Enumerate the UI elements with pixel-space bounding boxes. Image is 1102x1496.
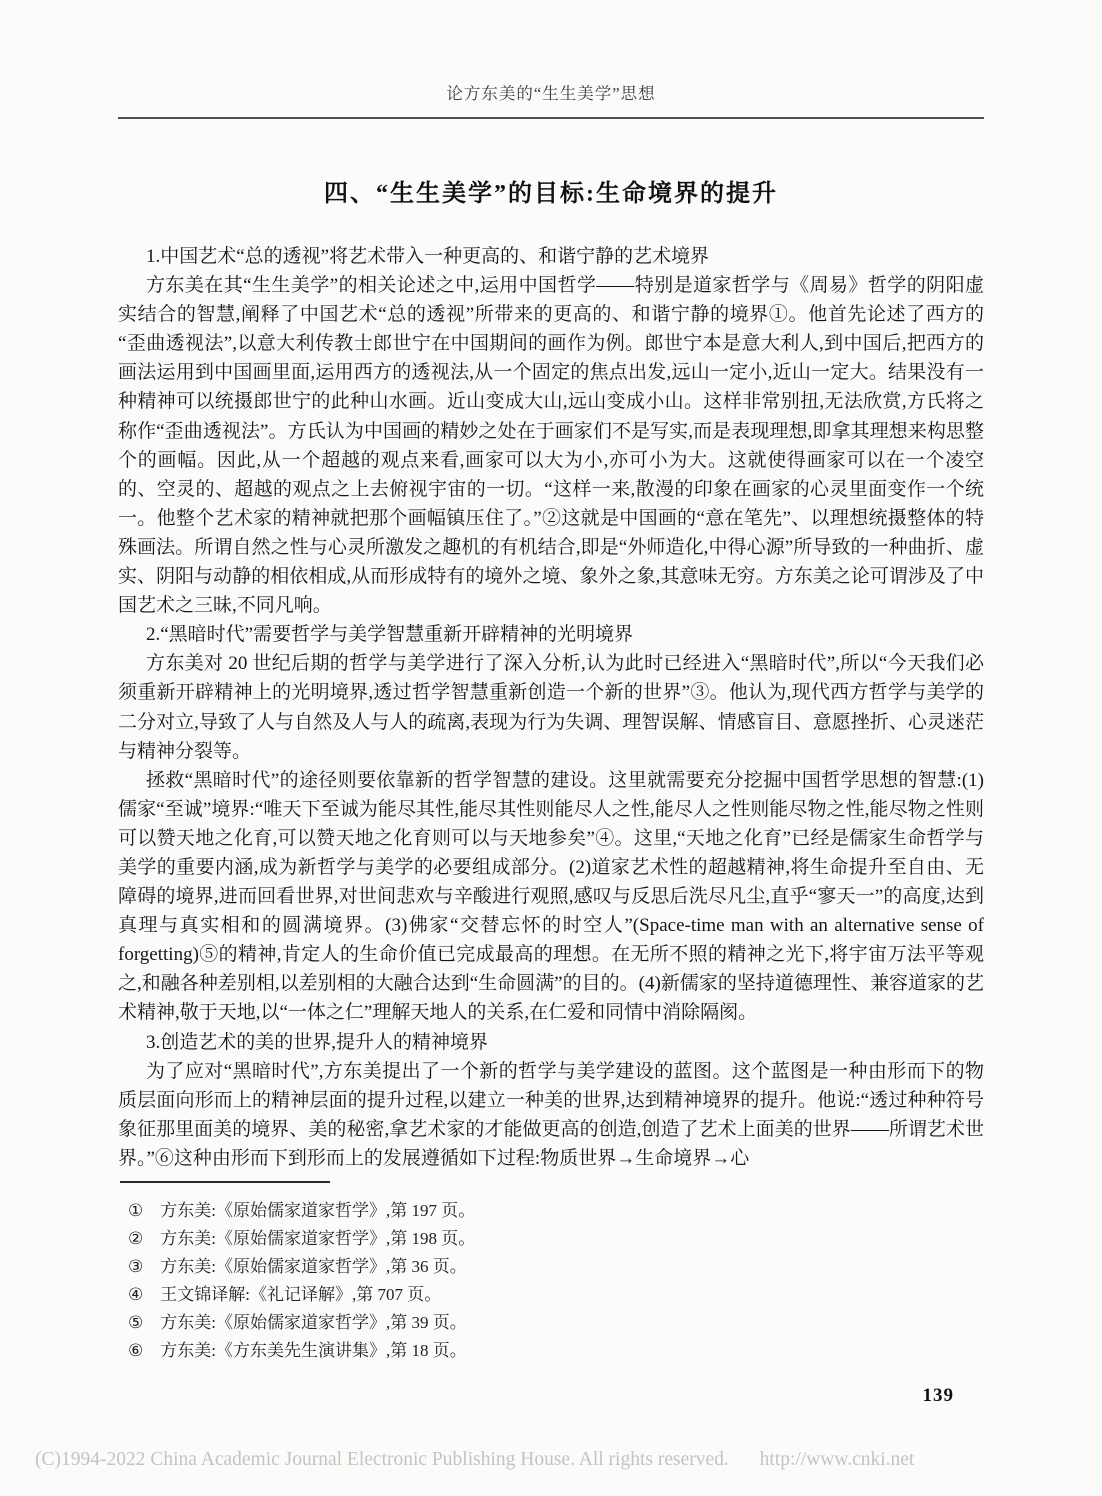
paragraph: 方东美在其“生生美学”的相关论述之中,运用中国哲学——特别是道家哲学与《周易》哲… [118, 271, 984, 620]
document-page: 论方东美的“生生美学”思想 四、“生生美学”的目标:生命境界的提升 1.中国艺术… [0, 0, 1102, 1496]
cnki-url: http://www.cnki.net [760, 1449, 915, 1470]
footnote-marker: ③ [128, 1253, 143, 1281]
footnote: ④ 王文锦译解:《礼记译解》,第 707 页。 [118, 1281, 984, 1309]
copyright-text: (C)1994-2022 China Academic Journal Elec… [35, 1449, 729, 1470]
footnote: ③ 方东美:《原始儒家道家哲学》,第 36 页。 [118, 1253, 984, 1281]
subheading-3: 3.创造艺术的美的世界,提升人的精神境界 [118, 1028, 984, 1057]
footnote-marker: ⑤ [128, 1309, 143, 1337]
footnotes-list: ① 方东美:《原始儒家道家哲学》,第 197 页。 ② 方东美:《原始儒家道家哲… [118, 1197, 984, 1365]
footnote-text: 方东美:《原始儒家道家哲学》,第 198 页。 [160, 1225, 984, 1253]
footnote-marker: ① [128, 1197, 143, 1225]
paragraph: 为了应对“黑暗时代”,方东美提出了一个新的哲学与美学建设的蓝图。这个蓝图是一种由… [118, 1057, 984, 1173]
footnote-marker: ⑥ [128, 1337, 143, 1365]
copyright-footer: (C)1994-2022 China Academic Journal Elec… [35, 1449, 914, 1471]
subheading-2: 2.“黑暗时代”需要哲学与美学智慧重新开辟精神的光明境界 [118, 620, 984, 649]
footnote-separator [120, 1181, 330, 1183]
footnote-text: 方东美:《原始儒家道家哲学》,第 36 页。 [160, 1253, 984, 1281]
running-header: 论方东美的“生生美学”思想 [0, 0, 1102, 104]
header-rule [118, 117, 984, 119]
subheading-1: 1.中国艺术“总的透视”将艺术带入一种更高的、和谐宁静的艺术境界 [118, 242, 984, 271]
footnote-marker: ④ [128, 1281, 143, 1309]
paragraph: 拯救“黑暗时代”的途径则要依靠新的哲学智慧的建设。这里就需要充分挖掘中国哲学思想… [118, 766, 984, 1028]
footnote: ⑥ 方东美:《方东美先生演讲集》,第 18 页。 [118, 1337, 984, 1365]
footnote: ② 方东美:《原始儒家道家哲学》,第 198 页。 [118, 1225, 984, 1253]
footnote-text: 方东美:《方东美先生演讲集》,第 18 页。 [160, 1337, 984, 1365]
page-number: 139 [923, 1385, 955, 1407]
article-body: 1.中国艺术“总的透视”将艺术带入一种更高的、和谐宁静的艺术境界 方东美在其“生… [118, 242, 984, 1173]
footnote-text: 方东美:《原始儒家道家哲学》,第 197 页。 [160, 1197, 984, 1225]
footnote: ⑤ 方东美:《原始儒家道家哲学》,第 39 页。 [118, 1309, 984, 1337]
footnote-text: 王文锦译解:《礼记译解》,第 707 页。 [160, 1281, 984, 1309]
footnote-text: 方东美:《原始儒家道家哲学》,第 39 页。 [160, 1309, 984, 1337]
paragraph: 方东美对 20 世纪后期的哲学与美学进行了深入分析,认为此时已经进入“黑暗时代”… [118, 649, 984, 765]
section-title: 四、“生生美学”的目标:生命境界的提升 [0, 173, 1102, 208]
footnote-marker: ② [128, 1225, 143, 1253]
footnote: ① 方东美:《原始儒家道家哲学》,第 197 页。 [118, 1197, 984, 1225]
